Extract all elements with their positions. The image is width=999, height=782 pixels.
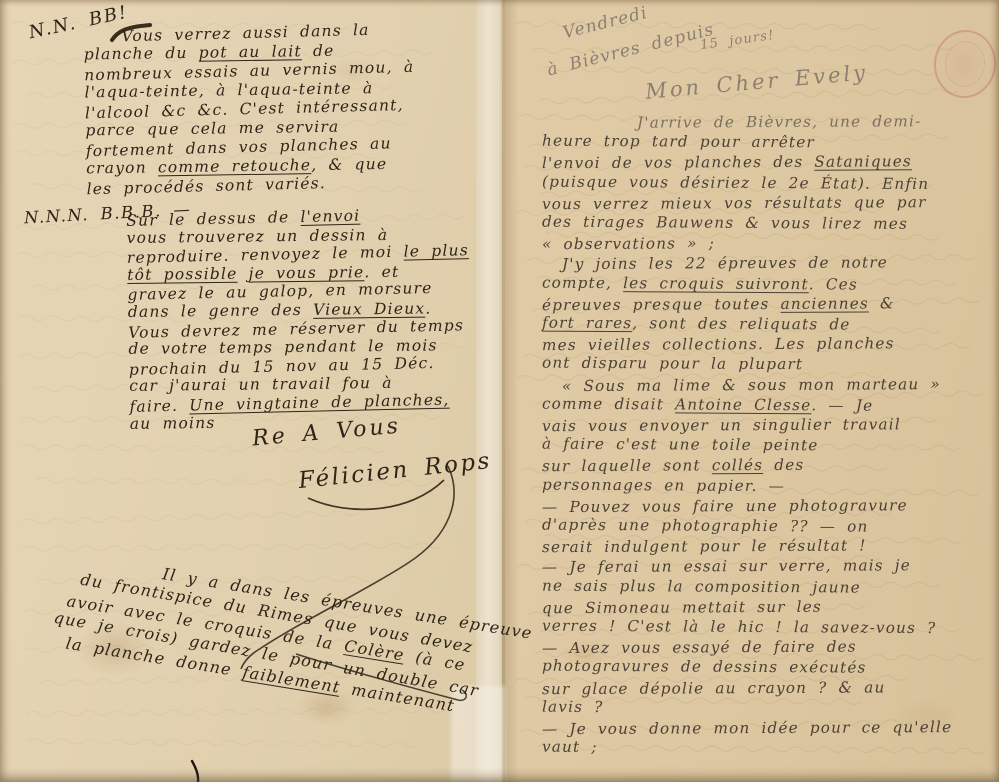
paragraph-drawing-instructions: Sur le dessus de l'envoivous trouverez u… <box>126 205 472 434</box>
paragraph-frosted-glass: — Avez vous essayé de faire desphotograv… <box>542 637 994 718</box>
handwriting-line: comme disait Antoine Clesse. — Je <box>542 393 994 416</box>
paragraph-idea: — Je vous donne mon idée pour ce qu'elle… <box>542 718 994 758</box>
handwriting-line: ne sais plus la composition jaune <box>542 575 994 598</box>
handwriting-line: J'arrive de Bièvres, une demi- <box>542 111 994 134</box>
handwriting-line: vaut ; <box>542 737 994 760</box>
handwriting-line: J'y joins les 22 épreuves de notre <box>542 252 994 275</box>
handwriting-line: vous verrez mieux vos résultats que par <box>542 192 994 215</box>
handwriting-line: lavis ? <box>542 697 994 720</box>
handwriting-line: sur laquelle sont collés des <box>542 454 994 477</box>
handwriting-line: l'envoi de vos planches des Sataniques <box>542 151 994 174</box>
handwriting-line: « Sous ma lime & sous mon marteau » <box>542 373 994 396</box>
handwriting-line: sur glace dépolie au crayon ? & au <box>542 677 994 700</box>
letter-scan: N.N. BB! Vous verrez aussi dans laplanch… <box>0 0 999 782</box>
handwriting-line: fort rares, sont des reliquats de <box>542 313 994 336</box>
handwriting-line: photogravures de dessins exécutés <box>542 656 994 679</box>
paragraph-photogravure-question: — Pouvez vous faire une photogravured'ap… <box>542 496 994 557</box>
paragraph-proofs: J'y joins les 22 épreuves de notrecompte… <box>542 253 994 374</box>
paragraph-arrival: J'arrive de Bièvres, une demi-heure trop… <box>542 112 994 253</box>
paragraph-glass-test: — Je ferai un essai sur verre, mais jene… <box>542 556 994 637</box>
paragraph-quote-clesse: « Sous ma lime & sous mon marteau »comme… <box>542 375 994 496</box>
letter-body: J'arrive de Bièvres, une demi-heure trop… <box>542 112 994 759</box>
handwriting-line: — Je ferai un essai sur verre, mais je <box>542 555 994 578</box>
handwriting-line: des tirages Bauwens & vous lirez mes <box>542 212 994 235</box>
handwriting-line: personnages en papier. — <box>542 474 994 497</box>
handwriting-line: que Simoneau mettait sur les <box>542 596 994 619</box>
handwriting-line: épreuves presque toutes anciennes & <box>542 293 994 316</box>
handwriting-line: ont disparu pour la plupart <box>542 353 994 376</box>
handwriting-line: compte, les croquis suivront. Ces <box>542 272 994 295</box>
paragraph-techniques: Vous verrez aussi dans laplanche du pot … <box>83 21 417 199</box>
handwriting-line: — Pouvez vous faire une photogravure <box>542 495 994 518</box>
handwriting-line: (puisque vous désiriez le 2e État). Enfi… <box>542 171 994 194</box>
